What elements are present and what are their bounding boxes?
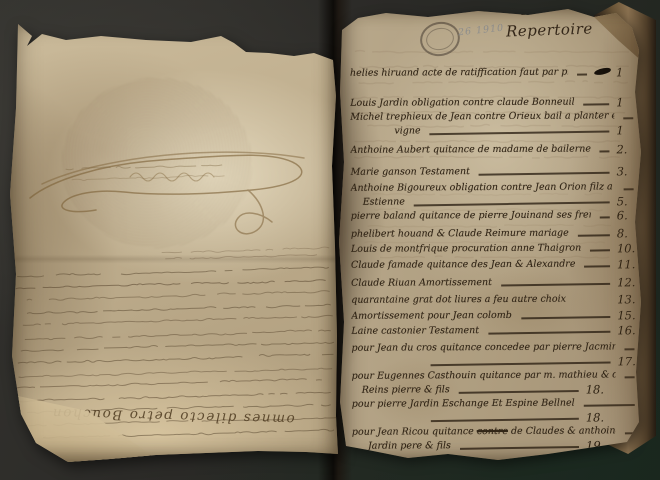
notarial-flourish	[12, 120, 332, 250]
entry-text: Laine castonier Testament	[351, 324, 479, 339]
entry-text: Marie ganson Testament	[351, 165, 470, 180]
entry-text: pierre baland quitance de pierre Jouinan…	[351, 209, 591, 224]
repertoire-entry: Michel trephieux de Jean contre Orieux b…	[350, 109, 640, 139]
entry-dash-rule	[460, 446, 579, 450]
entry-dash-rule	[625, 376, 635, 378]
entry-page-number: 3.	[617, 164, 641, 178]
repertoire-entry: pour pierre Jardin Eschange Et Espine Be…	[352, 396, 642, 426]
entry-dash-rule	[624, 348, 634, 350]
repertoire-entry: pour Eugennes Casthouin quitance par m. …	[352, 368, 642, 398]
repertoire-entry: phelibert houand & Claude Reimure mariag…	[351, 226, 641, 242]
entry-dash-rule	[578, 234, 610, 237]
entry-dash-rule	[431, 418, 579, 422]
entry-page-number: 1	[616, 65, 640, 79]
repertoire-entry: Marie ganson Testament3.	[351, 164, 641, 180]
repertoire-entry: quarantaine grat dot liures a feu autre …	[351, 292, 641, 308]
entry-page-number: 2.	[616, 142, 640, 156]
entry-dash-rule	[600, 216, 610, 218]
entry-text: Louis Jardin obligation contre claude Bo…	[350, 96, 575, 111]
entry-dash-rule	[623, 117, 633, 119]
repertoire-entry: pour Jean Ricou quitance contre de Claud…	[352, 424, 642, 454]
entry-text: Anthoine Bigoureux obligation contre Jea…	[351, 180, 615, 195]
entry-page-number: 15.	[617, 308, 641, 322]
entry-text: Claude Riuan Amortissement	[351, 276, 492, 291]
entry-dash-rule	[501, 283, 610, 287]
entry-text: helies hiruand acte de ratiffication fau…	[350, 66, 568, 81]
entry-text: Reins pierre & fils	[362, 383, 450, 397]
entry-dash-rule	[521, 316, 610, 319]
entry-dash-rule	[584, 265, 610, 267]
repertoire-entry: helies hiruand acte de ratiffication fau…	[350, 65, 640, 81]
entry-text: quarantaine grat dot liures a feu autre …	[351, 293, 566, 308]
repertoire-entry: Claude Riuan Amortissement12.	[351, 275, 641, 291]
entry-page-number: 12.	[617, 275, 641, 289]
folio-mark: 1	[520, 6, 526, 18]
entry-page-number: 18.	[586, 410, 610, 424]
entry-page-number: 6.	[617, 208, 641, 222]
entry-page-number: 1	[616, 123, 640, 137]
entry-text: pour Jean du cros quitance concedee par …	[351, 340, 615, 355]
entry-dash-rule	[599, 150, 609, 152]
entry-text: Estienne	[363, 195, 405, 209]
entry-dash-rule	[624, 188, 634, 190]
entry-text: phelibert houand & Claude Reimure mariag…	[351, 227, 569, 242]
entry-text: pour pierre Jardin Eschange Et Espine Be…	[352, 397, 575, 412]
faded-handwriting-lines	[0, 11, 344, 466]
entry-dash-rule	[584, 404, 635, 407]
entry-text: Claude famade quitance des Jean & Alexan…	[351, 258, 575, 273]
entry-text: pour Eugennes Casthouin quitance par m. …	[352, 368, 616, 383]
entry-text: pour Jean Ricou quitance contre de Claud…	[352, 424, 616, 439]
entry-page-number: 8.	[617, 226, 641, 240]
entry-dash-rule	[584, 103, 610, 105]
ink-blot	[594, 67, 612, 76]
entry-dash-rule	[625, 432, 635, 434]
left-parchment-page: omnes dilecto petro Bouchon	[6, 16, 338, 462]
entry-text: Anthoine Aubert quitance de madame de ba…	[350, 143, 590, 158]
repertoire-entry: pierre baland quitance de pierre Jouinan…	[351, 208, 641, 224]
entry-text: Jardin pere & fils	[368, 439, 451, 453]
entry-dash-rule	[430, 130, 610, 135]
folded-corner	[6, 374, 162, 462]
entry-dash-rule	[590, 249, 610, 251]
entry-text: Michel trephieux de Jean contre Orieux b…	[350, 109, 614, 124]
manuscript-scan: omnes dilecto petro Bouchon 26 1910 1 Re…	[0, 0, 660, 480]
entry-page-number: 1	[616, 95, 640, 109]
entry-page-number: 10.	[617, 241, 641, 255]
entry-dash-rule	[431, 361, 611, 366]
repertoire-entry: Louis de montfrique procuration anne Tha…	[351, 241, 641, 257]
repertoire-entries: helies hiruand acte de ratiffication fau…	[350, 61, 642, 454]
repertoire-entry: Laine castonier Testament16.	[351, 323, 641, 339]
entry-page-number: 19.	[586, 438, 610, 452]
entry-dash-rule	[479, 172, 610, 176]
entry-text: vigne	[394, 124, 420, 138]
entry-page-number: 11.	[617, 257, 641, 271]
repertoire-entry: pour Jean du cros quitance concedee par …	[351, 340, 641, 370]
page-title: Repertoire	[506, 19, 593, 40]
pencil-annotation: 26 1910	[458, 23, 505, 39]
repertoire-entry: Louis Jardin obligation contre claude Bo…	[350, 95, 640, 111]
entry-dash-rule	[577, 73, 587, 75]
entry-page-number: 5.	[617, 194, 641, 208]
repertoire-entry: Anthoine Aubert quitance de madame de ba…	[350, 142, 640, 158]
ink-bleed-through	[336, 4, 646, 466]
entry-page-number: 13.	[617, 292, 641, 306]
repertoire-page: 26 1910 1 Repertoire helies hiruand acte…	[336, 4, 646, 466]
entry-dash-rule	[414, 201, 610, 206]
entry-dash-rule	[488, 331, 610, 335]
parchment-stain	[62, 78, 252, 248]
inverted-manuscript-line: omnes dilecto petro Bouchon	[22, 404, 324, 428]
entry-text: Amortissement pour Jean colomb	[351, 309, 512, 324]
entry-page-number: 16.	[617, 323, 641, 337]
repertoire-entry: Claude famade quitance des Jean & Alexan…	[351, 257, 641, 273]
torn-corner-flap	[588, 4, 646, 70]
entry-text: Louis de montfrique procuration anne Tha…	[351, 242, 581, 257]
entry-page-number: 18.	[586, 382, 610, 396]
entry-dash-rule	[459, 390, 579, 394]
circular-ink-stamp-icon	[417, 18, 463, 60]
repertoire-entry: Amortissement pour Jean colomb15.	[351, 308, 641, 324]
repertoire-entry: Anthoine Bigoureux obligation contre Jea…	[351, 180, 641, 210]
entry-page-number: 17.	[618, 354, 642, 368]
